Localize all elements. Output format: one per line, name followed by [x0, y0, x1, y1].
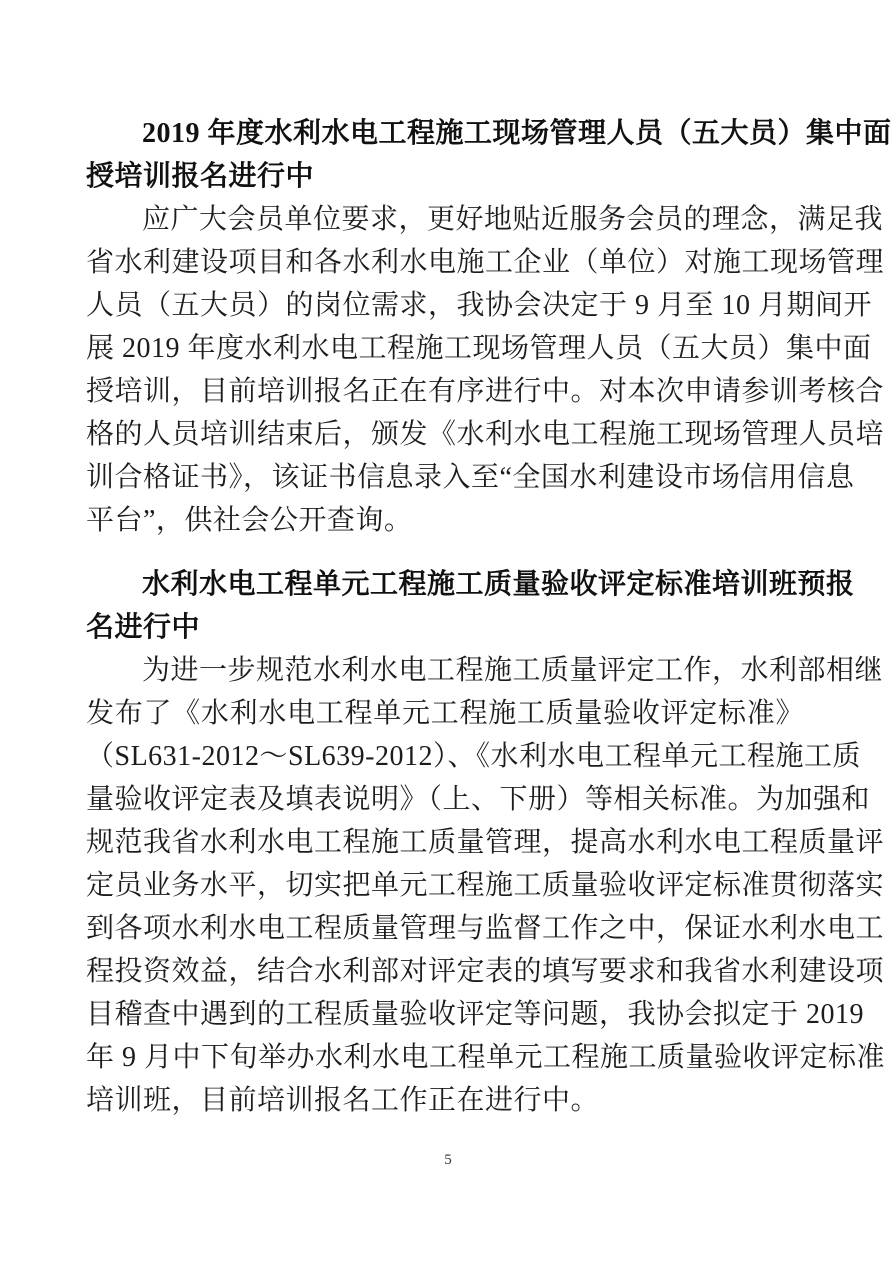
text-line: 名进行中	[86, 606, 804, 649]
text-line: 程投资效益，结合水利部对评定表的填写要求和我省水利建设项	[86, 950, 804, 993]
text-line: 应广大会员单位要求，更好地贴近服务会员的理念，满足我	[86, 198, 804, 241]
text-line: 格的人员培训结束后，颁发《水利水电工程施工现场管理人员培	[86, 413, 804, 456]
section-2-heading: 水利水电工程单元工程施工质量验收评定标准培训班预报名进行中	[86, 563, 804, 649]
section-1-heading: 2019 年度水利水电工程施工现场管理人员（五大员）集中面授培训报名进行中	[86, 112, 804, 198]
text-line: 训合格证书》，该证书信息录入至“全国水利建设市场信用信息	[86, 456, 804, 499]
text-line: 目稽查中遇到的工程质量验收评定等问题，我协会拟定于 2019	[86, 993, 804, 1036]
section-1-paragraph: 应广大会员单位要求，更好地贴近服务会员的理念，满足我省水利建设项目和各水利水电施…	[86, 198, 804, 542]
text-line: （SL631-2012～SL639-2012）、《水利水电工程单元工程施工质	[86, 735, 804, 778]
section-2-paragraph: 为进一步规范水利水电工程施工质量评定工作，水利部相继发布了《水利水电工程单元工程…	[86, 649, 804, 1122]
document-page: 2019 年度水利水电工程施工现场管理人员（五大员）集中面授培训报名进行中 应广…	[0, 0, 896, 1267]
text-line: 水利水电工程单元工程施工质量验收评定标准培训班预报	[86, 563, 804, 606]
text-line: 定员业务水平，切实把单元工程施工质量验收评定标准贯彻落实	[86, 864, 804, 907]
text-line: 省水利建设项目和各水利水电施工企业（单位）对施工现场管理	[86, 241, 804, 284]
page-number: 5	[0, 1150, 896, 1170]
text-line: 为进一步规范水利水电工程施工质量评定工作，水利部相继	[86, 649, 804, 692]
text-line: 人员（五大员）的岗位需求，我协会决定于 9 月至 10 月期间开	[86, 284, 804, 327]
text-line: 量验收评定表及填表说明》（上、下册）等相关标准。为加强和	[86, 778, 804, 821]
text-line: 培训班，目前培训报名工作正在进行中。	[86, 1079, 804, 1122]
text-line: 平台”，供社会公开查询。	[86, 499, 804, 542]
text-line: 规范我省水利水电工程施工质量管理，提高水利水电工程质量评	[86, 821, 804, 864]
text-line: 发布了《水利水电工程单元工程施工质量验收评定标准》	[86, 692, 804, 735]
text-line: 2019 年度水利水电工程施工现场管理人员（五大员）集中面	[86, 112, 804, 155]
text-line: 年 9 月中下旬举办水利水电工程单元工程施工质量验收评定标准	[86, 1036, 804, 1079]
text-line: 授培训，目前培训报名正在有序进行中。对本次申请参训考核合	[86, 370, 804, 413]
document-content: 2019 年度水利水电工程施工现场管理人员（五大员）集中面授培训报名进行中 应广…	[86, 0, 804, 1122]
text-line: 展 2019 年度水利水电工程施工现场管理人员（五大员）集中面	[86, 327, 804, 370]
text-line: 到各项水利水电工程质量管理与监督工作之中，保证水利水电工	[86, 907, 804, 950]
text-line: 授培训报名进行中	[86, 155, 804, 198]
